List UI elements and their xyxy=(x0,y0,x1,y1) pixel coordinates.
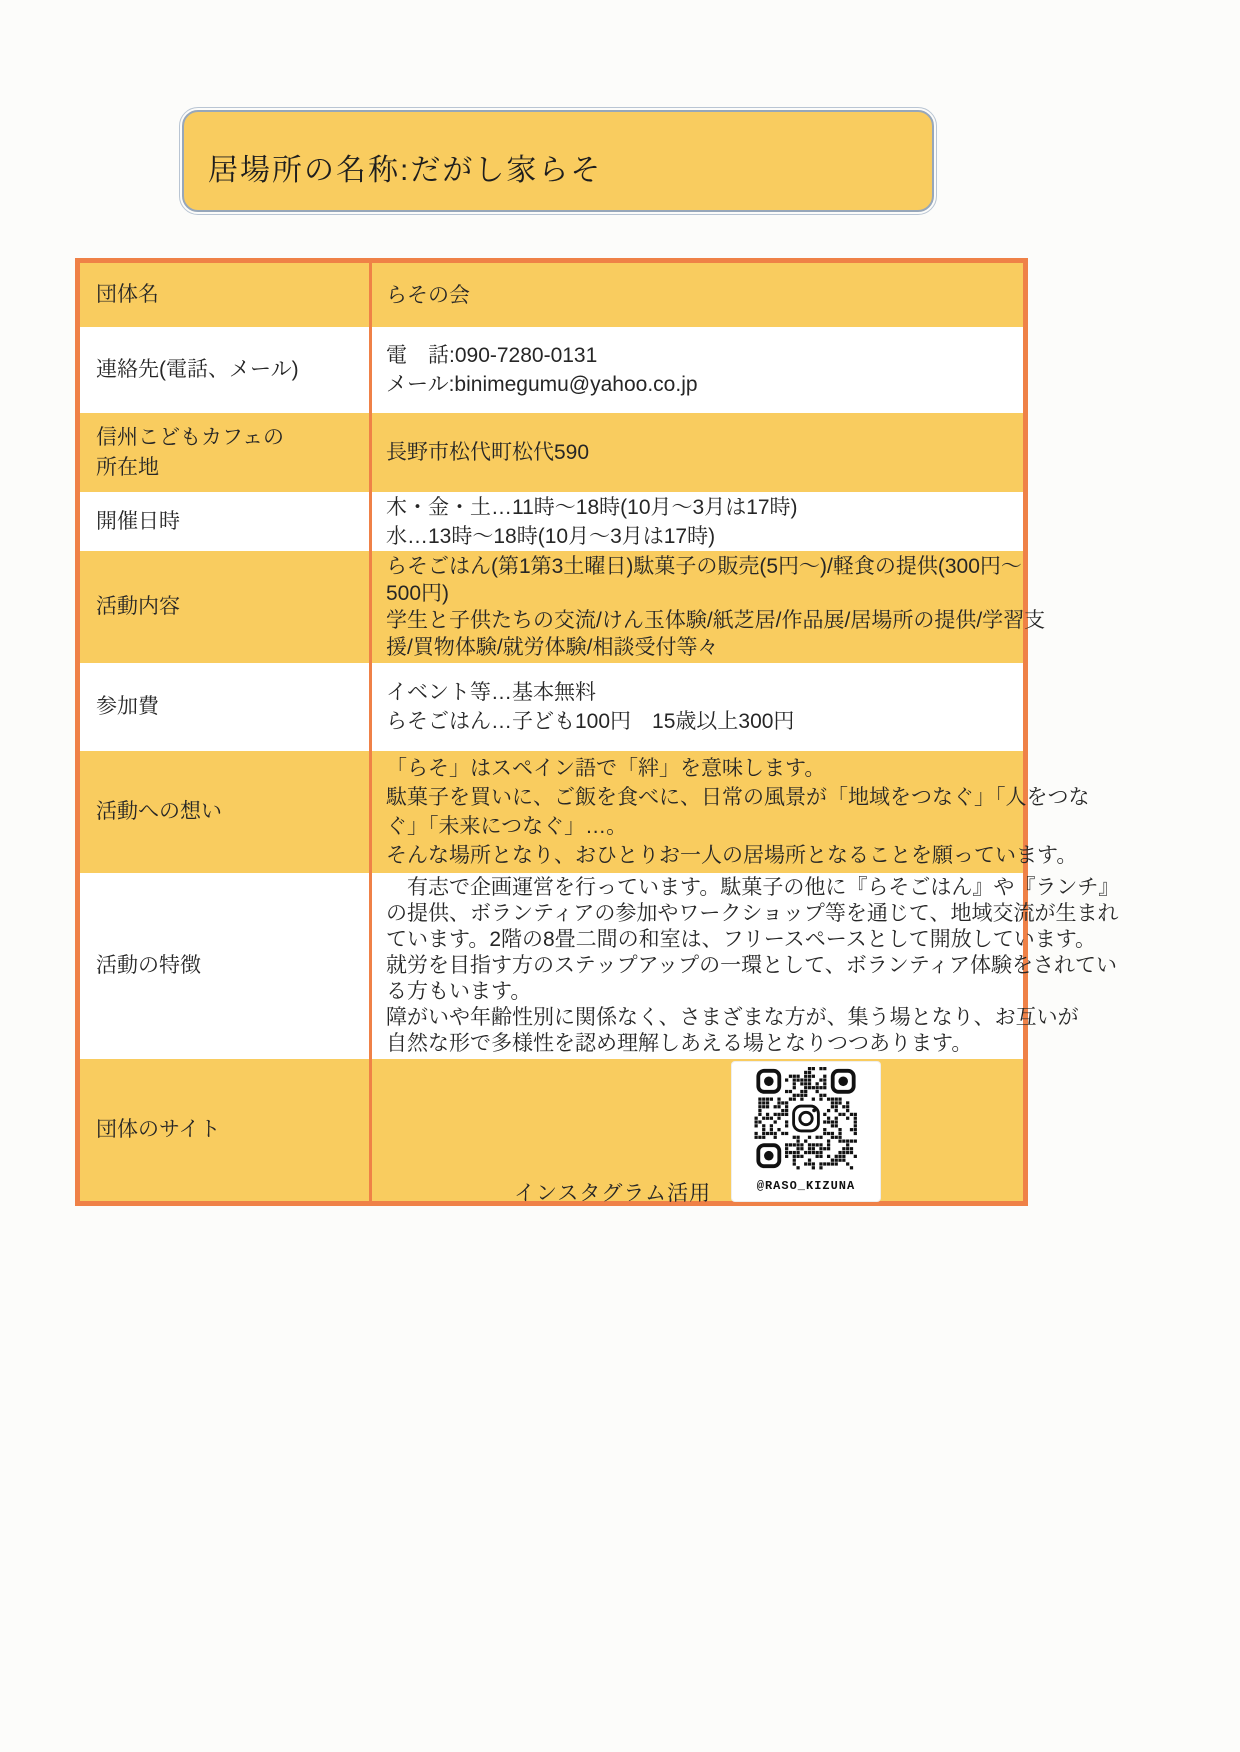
value-location: 長野市松代町松代590 xyxy=(372,413,1023,492)
value-contact: 電 話:090-7280-0131 メール:binimegumu@yahoo.c… xyxy=(372,327,1023,413)
label-wish: 活動への想い xyxy=(80,751,372,873)
instagram-icon xyxy=(791,1103,822,1134)
value-line: イベント等…基本無料 xyxy=(386,678,1023,707)
table-row-contact: 連絡先(電話、メール) 電 話:090-7280-0131 メール:binime… xyxy=(80,327,1023,413)
table-row-schedule: 開催日時 木・金・土…11時〜18時(10月〜3月は17時) 水…13時〜18時… xyxy=(80,492,1023,551)
page-title: 居場所の名称:だがし家らそ xyxy=(208,145,602,189)
table-row-location: 信州こどもカフェの 所在地 長野市松代町松代590 xyxy=(80,413,1023,492)
value-wish: 「らそ」はスペイン語で「絆」を意味します。 駄菓子を買いに、ご飯を食べに、日常の… xyxy=(372,751,1090,873)
title-banner: 居場所の名称:だがし家らそ xyxy=(182,110,934,212)
label-website: 団体のサイト xyxy=(80,1059,372,1201)
value-activities: らそごはん(第1第3土曜日)駄菓子の販売(5円〜)/軽食の提供(300円〜 50… xyxy=(372,551,1045,663)
value-line: 就労を目指す方のステップアップの一環として、ボランティア体験をされてい xyxy=(386,953,1119,979)
value-line: る方もいます。 xyxy=(386,979,1119,1005)
table-row-fee: 参加費 イベント等…基本無料 らそごはん…子ども100円 15歳以上300円 xyxy=(80,663,1023,751)
value-line: 駄菓子を買いに、ご飯を食べに、日常の風景が「地域をつなぐ」「人をつな xyxy=(386,783,1090,812)
email-address: メール:binimegumu@yahoo.co.jp xyxy=(386,370,1023,399)
qr-handle-text: @RASO_KIZUNA xyxy=(757,1172,855,1201)
value-line: 「らそ」はスペイン語で「絆」を意味します。 xyxy=(386,754,1090,783)
value-line: らそごはん…子ども100円 15歳以上300円 xyxy=(386,707,1023,736)
address: 長野市松代町松代590 xyxy=(386,438,1023,467)
label-fee: 参加費 xyxy=(80,663,372,751)
table-row-activities: 活動内容 らそごはん(第1第3土曜日)駄菓子の販売(5円〜)/軽食の提供(300… xyxy=(80,551,1023,663)
qr-code xyxy=(752,1067,860,1170)
value-line: 水…13時〜18時(10月〜3月は17時) xyxy=(386,522,1023,551)
value-line: 木・金・土…11時〜18時(10月〜3月は17時) xyxy=(386,493,1023,522)
label-activities: 活動内容 xyxy=(80,551,372,663)
value-features: 有志で企画運営を行っています。駄菓子の他に『らそごはん』や『ランチ』 の提供、ボ… xyxy=(372,873,1119,1059)
label-schedule: 開催日時 xyxy=(80,492,372,551)
value-line: そんな場所となり、おひとりお一人の居場所となることを願っています。 xyxy=(386,841,1090,870)
value-line: 援/買物体験/就労体験/相談受付等々 xyxy=(386,634,1045,661)
value-line: らその会 xyxy=(386,281,1023,310)
table-row-website: 団体のサイト インスタグラム活用 xyxy=(80,1059,1023,1201)
value-line: らそごはん(第1第3土曜日)駄菓子の販売(5円〜)/軽食の提供(300円〜 xyxy=(386,553,1045,580)
value-fee: イベント等…基本無料 らそごはん…子ども100円 15歳以上300円 xyxy=(372,663,1023,751)
table-row-features: 活動の特徴 有志で企画運営を行っています。駄菓子の他に『らそごはん』や『ランチ』… xyxy=(80,873,1023,1059)
value-line: の提供、ボランティアの参加やワークショップ等を通じて、地域交流が生まれ xyxy=(386,901,1119,927)
phone-number: 電 話:090-7280-0131 xyxy=(386,341,1023,370)
table-row-organization: 団体名 らその会 xyxy=(80,263,1023,327)
value-line: 有志で企画運営を行っています。駄菓子の他に『らそごはん』や『ランチ』 xyxy=(386,875,1119,901)
qr-card: @RASO_KIZUNA xyxy=(732,1062,880,1201)
value-line: ぐ」「未来につなぐ」…。 xyxy=(386,812,1090,841)
instagram-caption: インスタグラム活用 xyxy=(514,1179,711,1208)
info-table: 団体名 らその会 連絡先(電話、メール) 電 話:090-7280-0131 メ… xyxy=(75,258,1028,1206)
label-organization: 団体名 xyxy=(80,263,372,327)
value-line: 障がいや年齢性別に関係なく、さまざまな方が、集う場となり、お互いが xyxy=(386,1005,1119,1031)
value-line: 学生と子供たちの交流/けん玉体験/紙芝居/作品展/居場所の提供/学習支 xyxy=(386,607,1045,634)
label-contact: 連絡先(電話、メール) xyxy=(80,327,372,413)
value-line: ています。2階の8畳二間の和室は、フリースペースとして開放しています。 xyxy=(386,927,1119,953)
label-location: 信州こどもカフェの 所在地 xyxy=(80,413,372,492)
value-line: 自然な形で多様性を認め理解しあえる場となりつつあります。 xyxy=(386,1031,1119,1057)
value-line: 500円) xyxy=(386,580,1045,607)
table-row-wish: 活動への想い 「らそ」はスペイン語で「絆」を意味します。 駄菓子を買いに、ご飯を… xyxy=(80,751,1023,873)
value-schedule: 木・金・土…11時〜18時(10月〜3月は17時) 水…13時〜18時(10月〜… xyxy=(372,492,1023,551)
label-features: 活動の特徴 xyxy=(80,873,372,1059)
value-organization: らその会 xyxy=(372,263,1023,327)
value-website: インスタグラム活用 xyxy=(372,1059,1023,1201)
